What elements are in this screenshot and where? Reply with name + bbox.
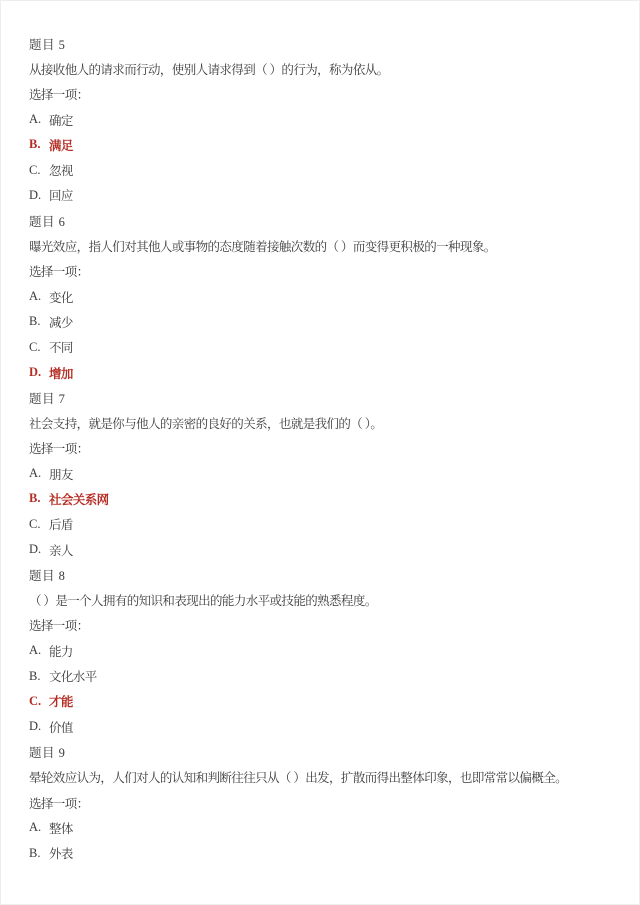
option-text: 满足: [49, 136, 73, 154]
question-9: 题目 9 晕轮效应认为，人们对人的认知和判断往往只从（ ）出发，扩散而得出整体印…: [29, 739, 619, 865]
question-7: 题目 7 社会支持，就是你与他人的亲密的良好的关系，也就是我们的（ ）。 选择一…: [29, 385, 619, 562]
option-text: 后盾: [49, 515, 73, 533]
question-8-text: （ ）是一个人拥有的知识和表现出的能力水平或技能的熟悉程度。: [29, 588, 619, 613]
option-letter: A.: [29, 466, 49, 481]
question-8-option-d: D.价值: [29, 714, 619, 739]
option-text: 亲人: [49, 541, 73, 559]
option-text: 价值: [49, 718, 73, 736]
question-9-title: 题目 9: [29, 739, 619, 764]
question-7-option-a: A.朋友: [29, 461, 619, 486]
question-6-title: 题目 6: [29, 208, 619, 233]
question-8-option-a: A.能力: [29, 638, 619, 663]
option-letter: D.: [29, 365, 49, 380]
option-text: 忽视: [49, 161, 73, 179]
question-8-choose-one-prompt: 选择一项：: [29, 613, 619, 638]
question-6-option-c: C.不同: [29, 335, 619, 360]
option-text: 整体: [49, 819, 73, 837]
question-6-option-b: B.减少: [29, 309, 619, 334]
question-8-title: 题目 8: [29, 562, 619, 587]
option-letter: A.: [29, 112, 49, 127]
option-letter: D.: [29, 188, 49, 203]
option-text: 社会关系网: [49, 490, 109, 508]
question-6-choose-one-prompt: 选择一项：: [29, 259, 619, 284]
option-letter: A.: [29, 289, 49, 304]
question-5: 题目 5 从接收他人的请求而行动，使别人请求得到（ ）的行为，称为依从。 选择一…: [29, 31, 619, 208]
question-7-option-b: B.社会关系网: [29, 486, 619, 511]
question-6: 题目 6 曝光效应，指人们对其他人或事物的态度随着接触次数的（ ）而变得更积极的…: [29, 208, 619, 385]
question-9-choose-one-prompt: 选择一项：: [29, 790, 619, 815]
option-text: 回应: [49, 186, 73, 204]
question-7-option-d: D.亲人: [29, 537, 619, 562]
option-text: 能力: [49, 642, 73, 660]
option-letter: B.: [29, 491, 49, 506]
question-9-option-a: A.整体: [29, 815, 619, 840]
question-5-choose-one-prompt: 选择一项：: [29, 82, 619, 107]
option-letter: D.: [29, 719, 49, 734]
question-5-text: 从接收他人的请求而行动，使别人请求得到（ ）的行为，称为依从。: [29, 56, 619, 81]
question-7-choose-one-prompt: 选择一项：: [29, 436, 619, 461]
option-letter: A.: [29, 820, 49, 835]
option-letter: B.: [29, 669, 49, 684]
option-text: 减少: [49, 313, 73, 331]
question-5-title: 题目 5: [29, 31, 619, 56]
option-letter: A.: [29, 643, 49, 658]
option-text: 才能: [49, 692, 73, 710]
question-5-option-c: C.忽视: [29, 157, 619, 182]
question-6-text: 曝光效应，指人们对其他人或事物的态度随着接触次数的（ ）而变得更积极的一种现象。: [29, 233, 619, 258]
option-letter: C.: [29, 163, 49, 178]
question-6-option-a: A.变化: [29, 284, 619, 309]
option-letter: C.: [29, 517, 49, 532]
question-7-text: 社会支持，就是你与他人的亲密的良好的关系，也就是我们的（ ）。: [29, 410, 619, 435]
option-text: 外表: [49, 844, 73, 862]
question-5-option-b: B.满足: [29, 132, 619, 157]
question-6-option-d: D.增加: [29, 360, 619, 385]
option-letter: B.: [29, 137, 49, 152]
option-text: 文化水平: [49, 667, 97, 685]
question-7-option-c: C.后盾: [29, 512, 619, 537]
question-5-option-d: D.回应: [29, 183, 619, 208]
option-letter: C.: [29, 694, 49, 709]
question-5-option-a: A.确定: [29, 107, 619, 132]
option-text: 朋友: [49, 465, 73, 483]
option-text: 确定: [49, 111, 73, 129]
question-9-option-b: B.外表: [29, 841, 619, 866]
question-8-option-c: C.才能: [29, 689, 619, 714]
question-7-title: 题目 7: [29, 385, 619, 410]
option-letter: D.: [29, 542, 49, 557]
question-8: 题目 8 （ ）是一个人拥有的知识和表现出的能力水平或技能的熟悉程度。 选择一项…: [29, 562, 619, 739]
option-text: 变化: [49, 288, 73, 306]
option-text: 增加: [49, 364, 73, 382]
question-9-text: 晕轮效应认为，人们对人的认知和判断往往只从（ ）出发，扩散而得出整体印象，也即常…: [29, 765, 619, 790]
option-letter: B.: [29, 846, 49, 861]
option-letter: C.: [29, 340, 49, 355]
question-8-option-b: B.文化水平: [29, 663, 619, 688]
option-letter: B.: [29, 314, 49, 329]
option-text: 不同: [49, 338, 73, 356]
quiz-document: 题目 5 从接收他人的请求而行动，使别人请求得到（ ）的行为，称为依从。 选择一…: [1, 1, 639, 866]
